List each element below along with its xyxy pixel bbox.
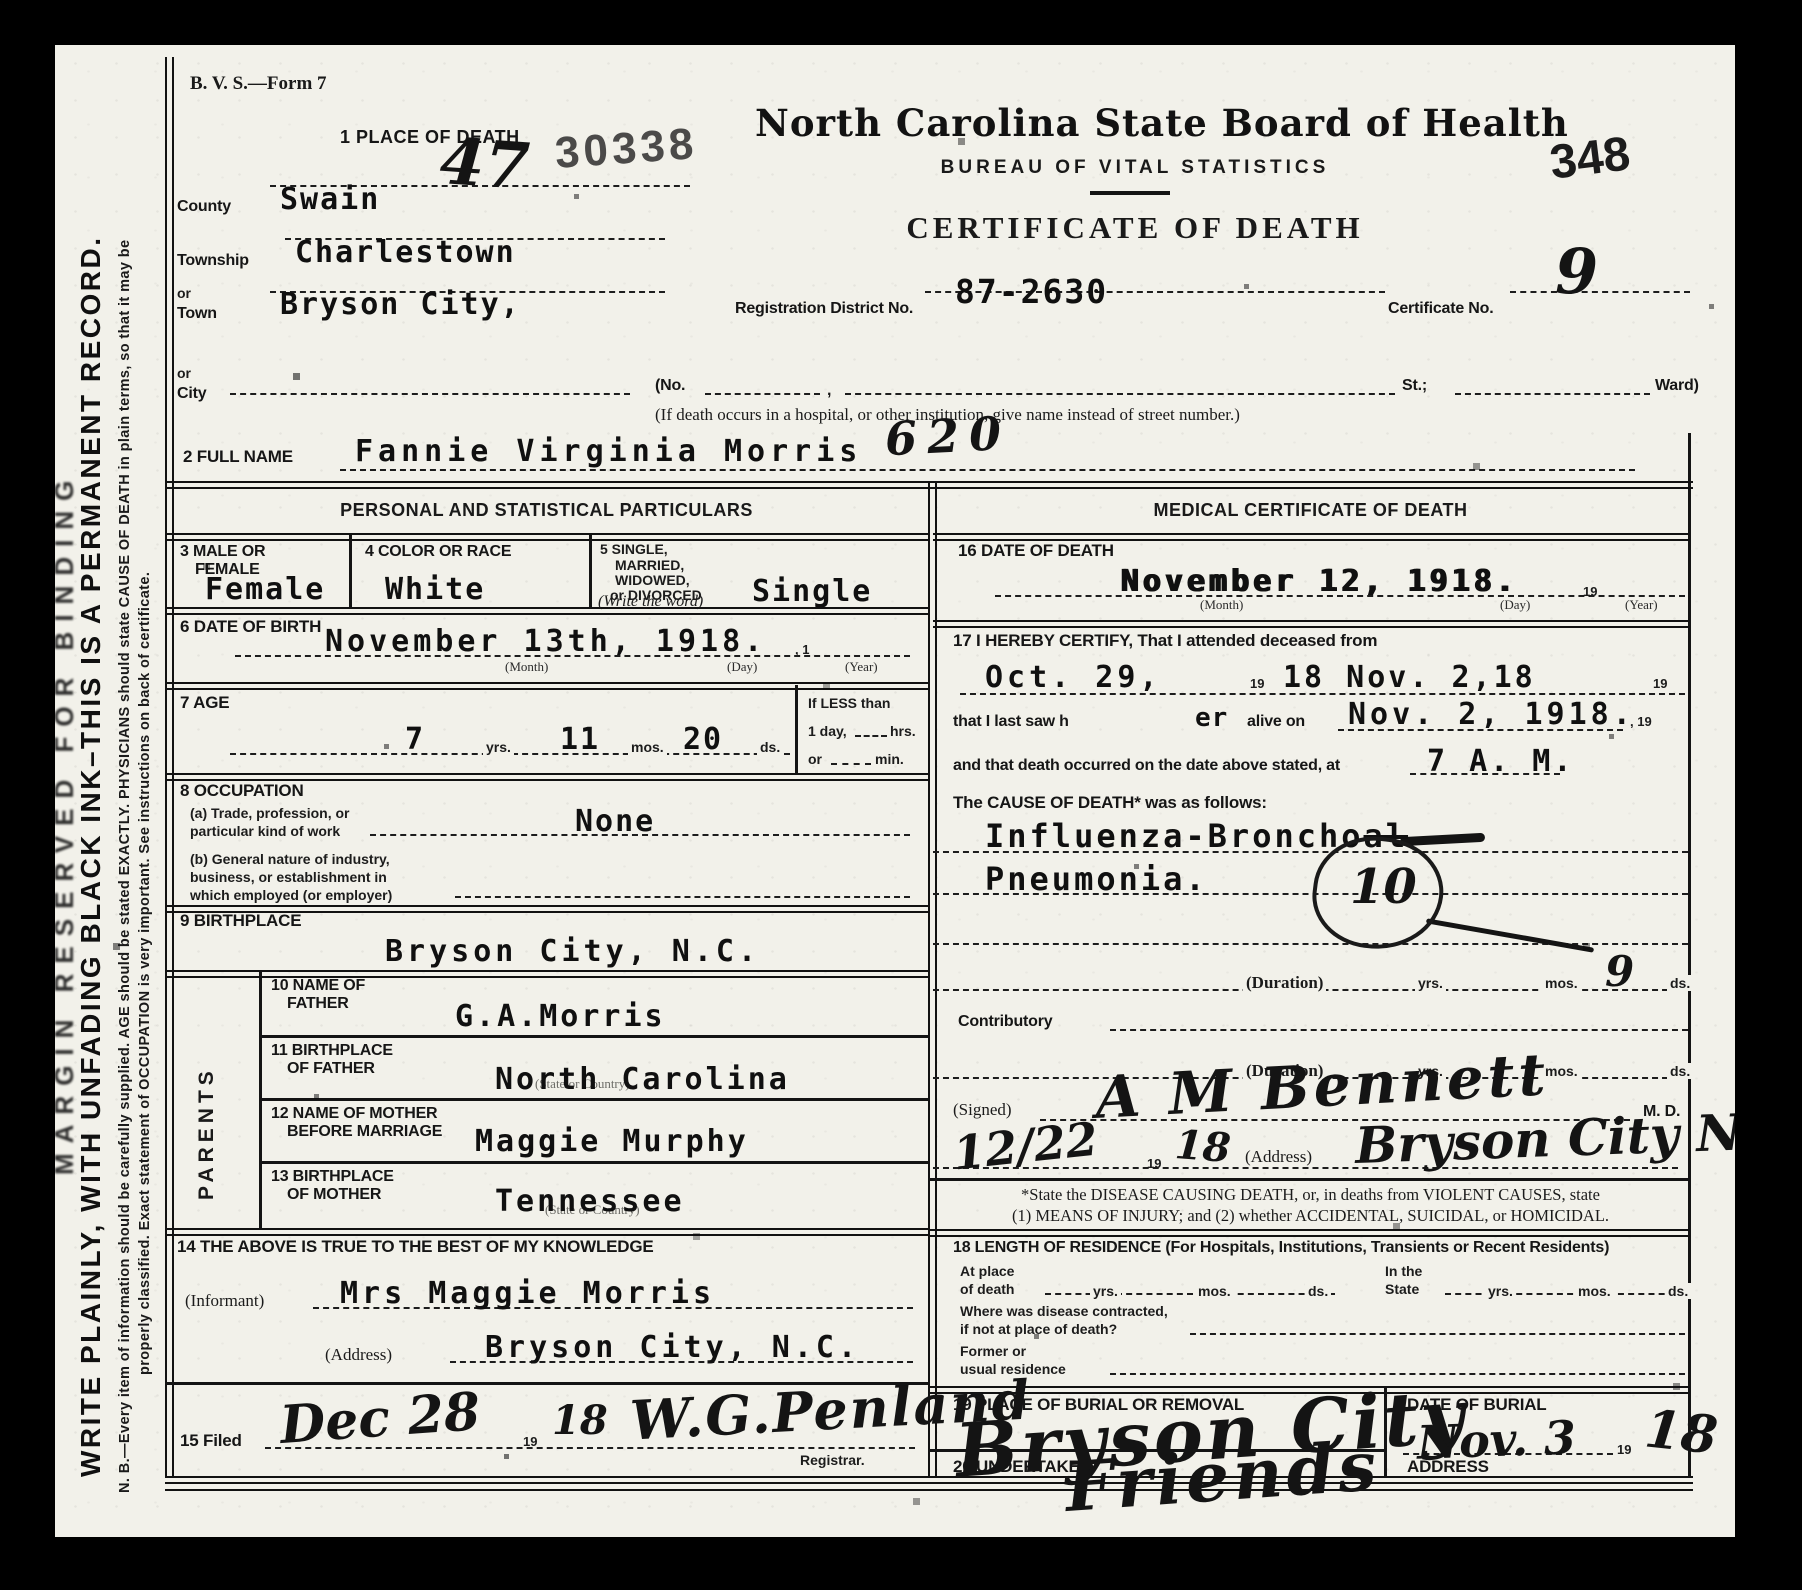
- truth-statement-label: 14 THE ABOVE IS TRUE TO THE BEST OF MY K…: [177, 1237, 654, 1257]
- form-number: B. V. S.—Form 7: [190, 73, 327, 95]
- filed-19-preprint: 19: [523, 1435, 537, 1450]
- last-saw-19: , 19: [1630, 715, 1652, 730]
- at-place-rule: [1045, 1293, 1335, 1295]
- city-label: City: [177, 385, 206, 403]
- in-the-label1: In the: [1385, 1263, 1422, 1279]
- age-mos-label: mos.: [628, 739, 667, 755]
- filed-label: 15 Filed: [180, 1431, 242, 1451]
- occupation-b-line1: (b) General nature of industry,: [190, 851, 390, 867]
- date-of-death-value: November 12, 1918.: [1120, 567, 1517, 597]
- mother-birthplace-label-1: 13 BIRTHPLACE: [271, 1168, 394, 1186]
- duration1-ds: ds.: [1667, 975, 1693, 991]
- page-number-stamp: 348: [1547, 130, 1632, 187]
- less-than-label-1: If LESS than: [808, 695, 890, 711]
- father-birthplace-label-2: OF FATHER: [287, 1060, 375, 1078]
- sex-label-1: 3 MALE OR: [180, 543, 265, 561]
- dod-month-label: (Month): [1200, 598, 1243, 612]
- marital-value: Single: [752, 577, 872, 607]
- at-place-mos: mos.: [1195, 1283, 1234, 1299]
- attended-from-date: Oct. 29,: [985, 663, 1162, 693]
- mother-birthplace-value: Tennessee: [495, 1187, 685, 1217]
- contracted-rule: [1190, 1333, 1685, 1335]
- full-name-line: [340, 469, 1635, 471]
- form-bottom-rule: [165, 1476, 1693, 1484]
- hrs-line: [855, 735, 887, 737]
- informant-address-label: (Address): [325, 1345, 392, 1365]
- mother-birthplace-label-2: OF MOTHER: [287, 1186, 381, 1204]
- form-bottom-outer-rule: [165, 1489, 1693, 1491]
- min-label: min.: [875, 751, 904, 767]
- file-number-stamp: 30338: [554, 122, 699, 176]
- signature-address-label: (Address): [1245, 1147, 1312, 1167]
- filed-date-handwritten: Dec 28: [278, 1386, 481, 1452]
- occupation-value: None: [575, 807, 655, 837]
- mother-name-value: Maggie Murphy: [475, 1127, 749, 1157]
- dob-day-label: (Day): [727, 660, 757, 674]
- dod-bottom-rule: [933, 620, 1690, 628]
- informant-label: (Informant): [185, 1291, 264, 1311]
- footnote-line1: *State the DISEASE CAUSING DEATH, or, in…: [933, 1185, 1688, 1205]
- dob-label: 6 DATE OF BIRTH: [180, 617, 321, 637]
- form-right-border: [1688, 433, 1691, 1476]
- sex-value: Female: [205, 575, 325, 605]
- town-value: Bryson City,: [280, 290, 521, 320]
- father-name-value: G.A.Morris: [455, 1002, 666, 1032]
- in-the-rule: [1445, 1293, 1685, 1295]
- duration1-days-value: 9: [1605, 951, 1634, 993]
- parents-vertical-label: PARENTS: [195, 1066, 219, 1200]
- circle-tail-stroke: [1426, 918, 1594, 952]
- less-than-label-2: 1 day,: [808, 723, 847, 739]
- age-months-value: 11: [560, 725, 600, 755]
- dod-day-label: (Day): [1500, 598, 1530, 612]
- contributory-rule: [1110, 1029, 1688, 1031]
- race-value: White: [385, 575, 485, 605]
- occupation-b-line2: business, or establishment in: [190, 869, 387, 885]
- attended-19-preprint: 19: [1247, 677, 1267, 692]
- informant-value: Mrs Maggie Morris: [340, 1279, 715, 1309]
- duration1-mos: mos.: [1542, 975, 1581, 991]
- contributory-label: Contributory: [958, 1013, 1052, 1031]
- residence-label: 18 LENGTH OF RESIDENCE (For Hospitals, I…: [953, 1239, 1609, 1257]
- street-line: [845, 393, 1395, 395]
- street-no-line: [705, 393, 820, 395]
- birthplace-value: Bryson City, N.C.: [385, 937, 760, 967]
- street-label: St.;: [1402, 377, 1427, 395]
- attended-19b-preprint: 19: [1650, 677, 1670, 692]
- burial-year-value: 18: [1642, 1403, 1719, 1462]
- signature-address-value: Bryson City N.C.: [1354, 1105, 1735, 1171]
- or-city-word: or: [177, 365, 191, 381]
- county-label: County: [177, 198, 231, 216]
- at-place-label2: of death: [960, 1281, 1014, 1297]
- age-less-divider: [795, 685, 798, 773]
- contracted-label2: if not at place of death?: [960, 1321, 1117, 1337]
- footnote-top-rule: [928, 1178, 1690, 1181]
- age-years-value: 7: [405, 725, 425, 755]
- write-word-note: (Write the word): [598, 592, 703, 611]
- last-saw-suffix: alive on: [1247, 713, 1305, 731]
- street-no-comma: ,: [827, 382, 831, 400]
- father-row-rule: [259, 1035, 928, 1038]
- certificate-page: MARGIN RESERVED FOR BINDING WRITE PLAINL…: [55, 45, 1735, 1537]
- cause-line2: Pneumonia.: [985, 863, 1208, 895]
- age-label: 7 AGE: [180, 693, 229, 713]
- title-divider-bar: [1090, 191, 1170, 195]
- county-value: Swain: [280, 185, 380, 215]
- board-of-health-title: North Carolina State Board of Health: [755, 105, 1515, 142]
- father-birthplace-row-rule: [259, 1098, 928, 1101]
- min-line: [831, 763, 871, 765]
- bureau-subtitle: BUREAU OF VITAL STATISTICS: [755, 157, 1515, 179]
- certificate-no-label: Certificate No.: [1388, 300, 1493, 318]
- date-of-death-label: 16 DATE OF DEATH: [958, 541, 1114, 561]
- occupation-b-line3: which employed (or employer): [190, 887, 392, 903]
- dod-year-label: (Year): [1625, 598, 1658, 612]
- margin-nb-line2: properly classified. Exact statement of …: [137, 572, 153, 1375]
- former-label1: Former or: [960, 1343, 1026, 1359]
- duration1-yrs: yrs.: [1415, 975, 1446, 991]
- occupation-label: 8 OCCUPATION: [180, 781, 304, 801]
- registration-district-label: Registration District No.: [735, 300, 913, 318]
- at-place-yrs: yrs.: [1090, 1283, 1121, 1299]
- signature-date: 12/22: [951, 1116, 1100, 1177]
- dob-preprint: , 1: [795, 643, 809, 658]
- or-town-word: or: [177, 285, 191, 301]
- marital-label-1: 5 SINGLE,: [600, 541, 668, 557]
- penciled-47: 47: [438, 130, 531, 200]
- footnote-line2: (1) MEANS OF INJURY; and (2) whether ACC…: [933, 1206, 1688, 1226]
- dob-bottom-rule: [165, 682, 928, 690]
- last-saw-er: er: [1195, 705, 1228, 731]
- full-name-value: Fannie Virginia Morris: [355, 437, 862, 467]
- birthplace-label: 9 BIRTHPLACE: [180, 911, 301, 931]
- city-line: [230, 393, 630, 395]
- occupation-a-line2: particular kind of work: [190, 823, 340, 839]
- in-the-yrs: yrs.: [1485, 1283, 1516, 1299]
- informant-address-value: Bryson City, N.C.: [485, 1333, 860, 1363]
- town-label: Town: [177, 305, 217, 323]
- column-divider: [928, 481, 937, 1476]
- in-the-label2: State: [1385, 1281, 1419, 1297]
- last-saw-prefix: that I last saw h: [953, 713, 1069, 731]
- form-left-border: [165, 57, 174, 1476]
- last-saw-date: Nov. 2, 1918.: [1348, 700, 1635, 730]
- registrar-label: Registrar.: [800, 1452, 865, 1468]
- marital-label-2: MARRIED,: [615, 557, 684, 573]
- hrs-label: hrs.: [890, 723, 916, 739]
- ward-label: Ward): [1655, 377, 1699, 395]
- at-place-ds: ds.: [1305, 1283, 1331, 1299]
- former-rule: [1110, 1373, 1685, 1375]
- registration-district-value: 87-2630: [955, 275, 1108, 308]
- mother-name-label-1: 12 NAME OF MOTHER: [271, 1105, 437, 1123]
- residence-top-rule: [928, 1229, 1690, 1237]
- burial-date-value: Nov. 3: [1416, 1414, 1576, 1466]
- margin-permanent-record-text: WRITE PLAINLY, WITH UNFADING BLACK INK–T…: [75, 236, 107, 1477]
- father-name-label-2: FATHER: [287, 995, 349, 1013]
- death-occurred-statement: and that death occurred on the date abov…: [953, 757, 1340, 775]
- penciled-620: 620: [884, 410, 1012, 463]
- full-name-label: 2 FULL NAME: [183, 447, 293, 467]
- duration1-label: (Duration): [1243, 973, 1326, 993]
- street-no-label: (No.: [655, 377, 685, 395]
- death-time-value: 7 A. M.: [1427, 747, 1574, 777]
- certificate-no-line: [1510, 291, 1690, 293]
- certify-statement: 17 I HEREBY CERTIFY, That I attended dec…: [953, 631, 1377, 651]
- race-marital-divider: [589, 535, 592, 607]
- occupation-b-line: [455, 896, 910, 898]
- dob-year-label: (Year): [845, 660, 878, 674]
- age-days-value: 20: [683, 725, 723, 755]
- burial-19-preprint: 19: [1617, 1443, 1631, 1458]
- attended-to-date: 18 Nov. 2,18: [1283, 663, 1536, 693]
- medical-title-rule: [933, 533, 1690, 541]
- sex-race-divider: [349, 535, 352, 607]
- cause-line1-text: Influenza-Broncho: [985, 817, 1364, 855]
- at-place-label1: At place: [960, 1263, 1014, 1279]
- certificate-of-death-title: CERTIFICATE OF DEATH: [755, 210, 1515, 246]
- marital-label-3: WIDOWED,: [615, 572, 690, 588]
- dob-month-label: (Month): [505, 660, 548, 674]
- parents-bottom-rule: [165, 1228, 928, 1236]
- father-name-label-1: 10 NAME OF: [271, 977, 365, 995]
- ward-line: [1455, 393, 1650, 395]
- scan-noise: [55, 45, 58, 48]
- dod-19-preprint: 19: [1583, 585, 1597, 600]
- in-the-mos: mos.: [1575, 1283, 1614, 1299]
- personal-section-title: PERSONAL AND STATISTICAL PARTICULARS: [165, 500, 928, 521]
- certificate-no-value: 9: [1555, 241, 1598, 303]
- scanned-death-certificate: { "margin": { "binding": "MARGIN RESERVE…: [0, 0, 1802, 1590]
- contracted-label1: Where was disease contracted,: [960, 1303, 1168, 1319]
- township-label: Township: [177, 252, 249, 270]
- filed-year-handwritten: 18: [552, 1401, 608, 1441]
- age-ds-label: ds.: [757, 739, 783, 755]
- signature-19-preprint: 19: [1147, 1157, 1161, 1172]
- undertaker-value: Friends: [1063, 1432, 1382, 1522]
- in-the-ds: ds.: [1665, 1283, 1691, 1299]
- father-birthplace-label-1: 11 BIRTHPLACE: [271, 1042, 393, 1060]
- cause-of-death-label: The CAUSE OF DEATH* was as follows:: [953, 793, 1267, 813]
- dob-value: November 13th, 1918.: [325, 627, 766, 657]
- circled-10-value: 10: [1350, 863, 1417, 911]
- margin-nb-line1: N. B.—Every item of information should b…: [117, 240, 133, 1493]
- occupation-a-line1: (a) Trade, profession, or: [190, 805, 349, 821]
- signed-label: (Signed): [953, 1100, 1012, 1120]
- duration2-ds: ds.: [1667, 1063, 1693, 1079]
- age-yrs-label: yrs.: [483, 739, 514, 755]
- race-label: 4 COLOR OR RACE: [365, 543, 511, 561]
- or-min-label: or: [808, 751, 822, 767]
- age-bottom-rule: [165, 773, 928, 781]
- mother-row-rule: [259, 1161, 928, 1164]
- township-value: Charlestown: [295, 238, 516, 268]
- medical-section-title: MEDICAL CERTIFICATE OF DEATH: [933, 500, 1688, 521]
- personal-title-rule: [165, 533, 928, 541]
- father-birthplace-value: North Carolina: [495, 1065, 790, 1095]
- signature-year: 18: [1174, 1125, 1232, 1169]
- mother-name-label-2: BEFORE MARRIAGE: [287, 1123, 442, 1141]
